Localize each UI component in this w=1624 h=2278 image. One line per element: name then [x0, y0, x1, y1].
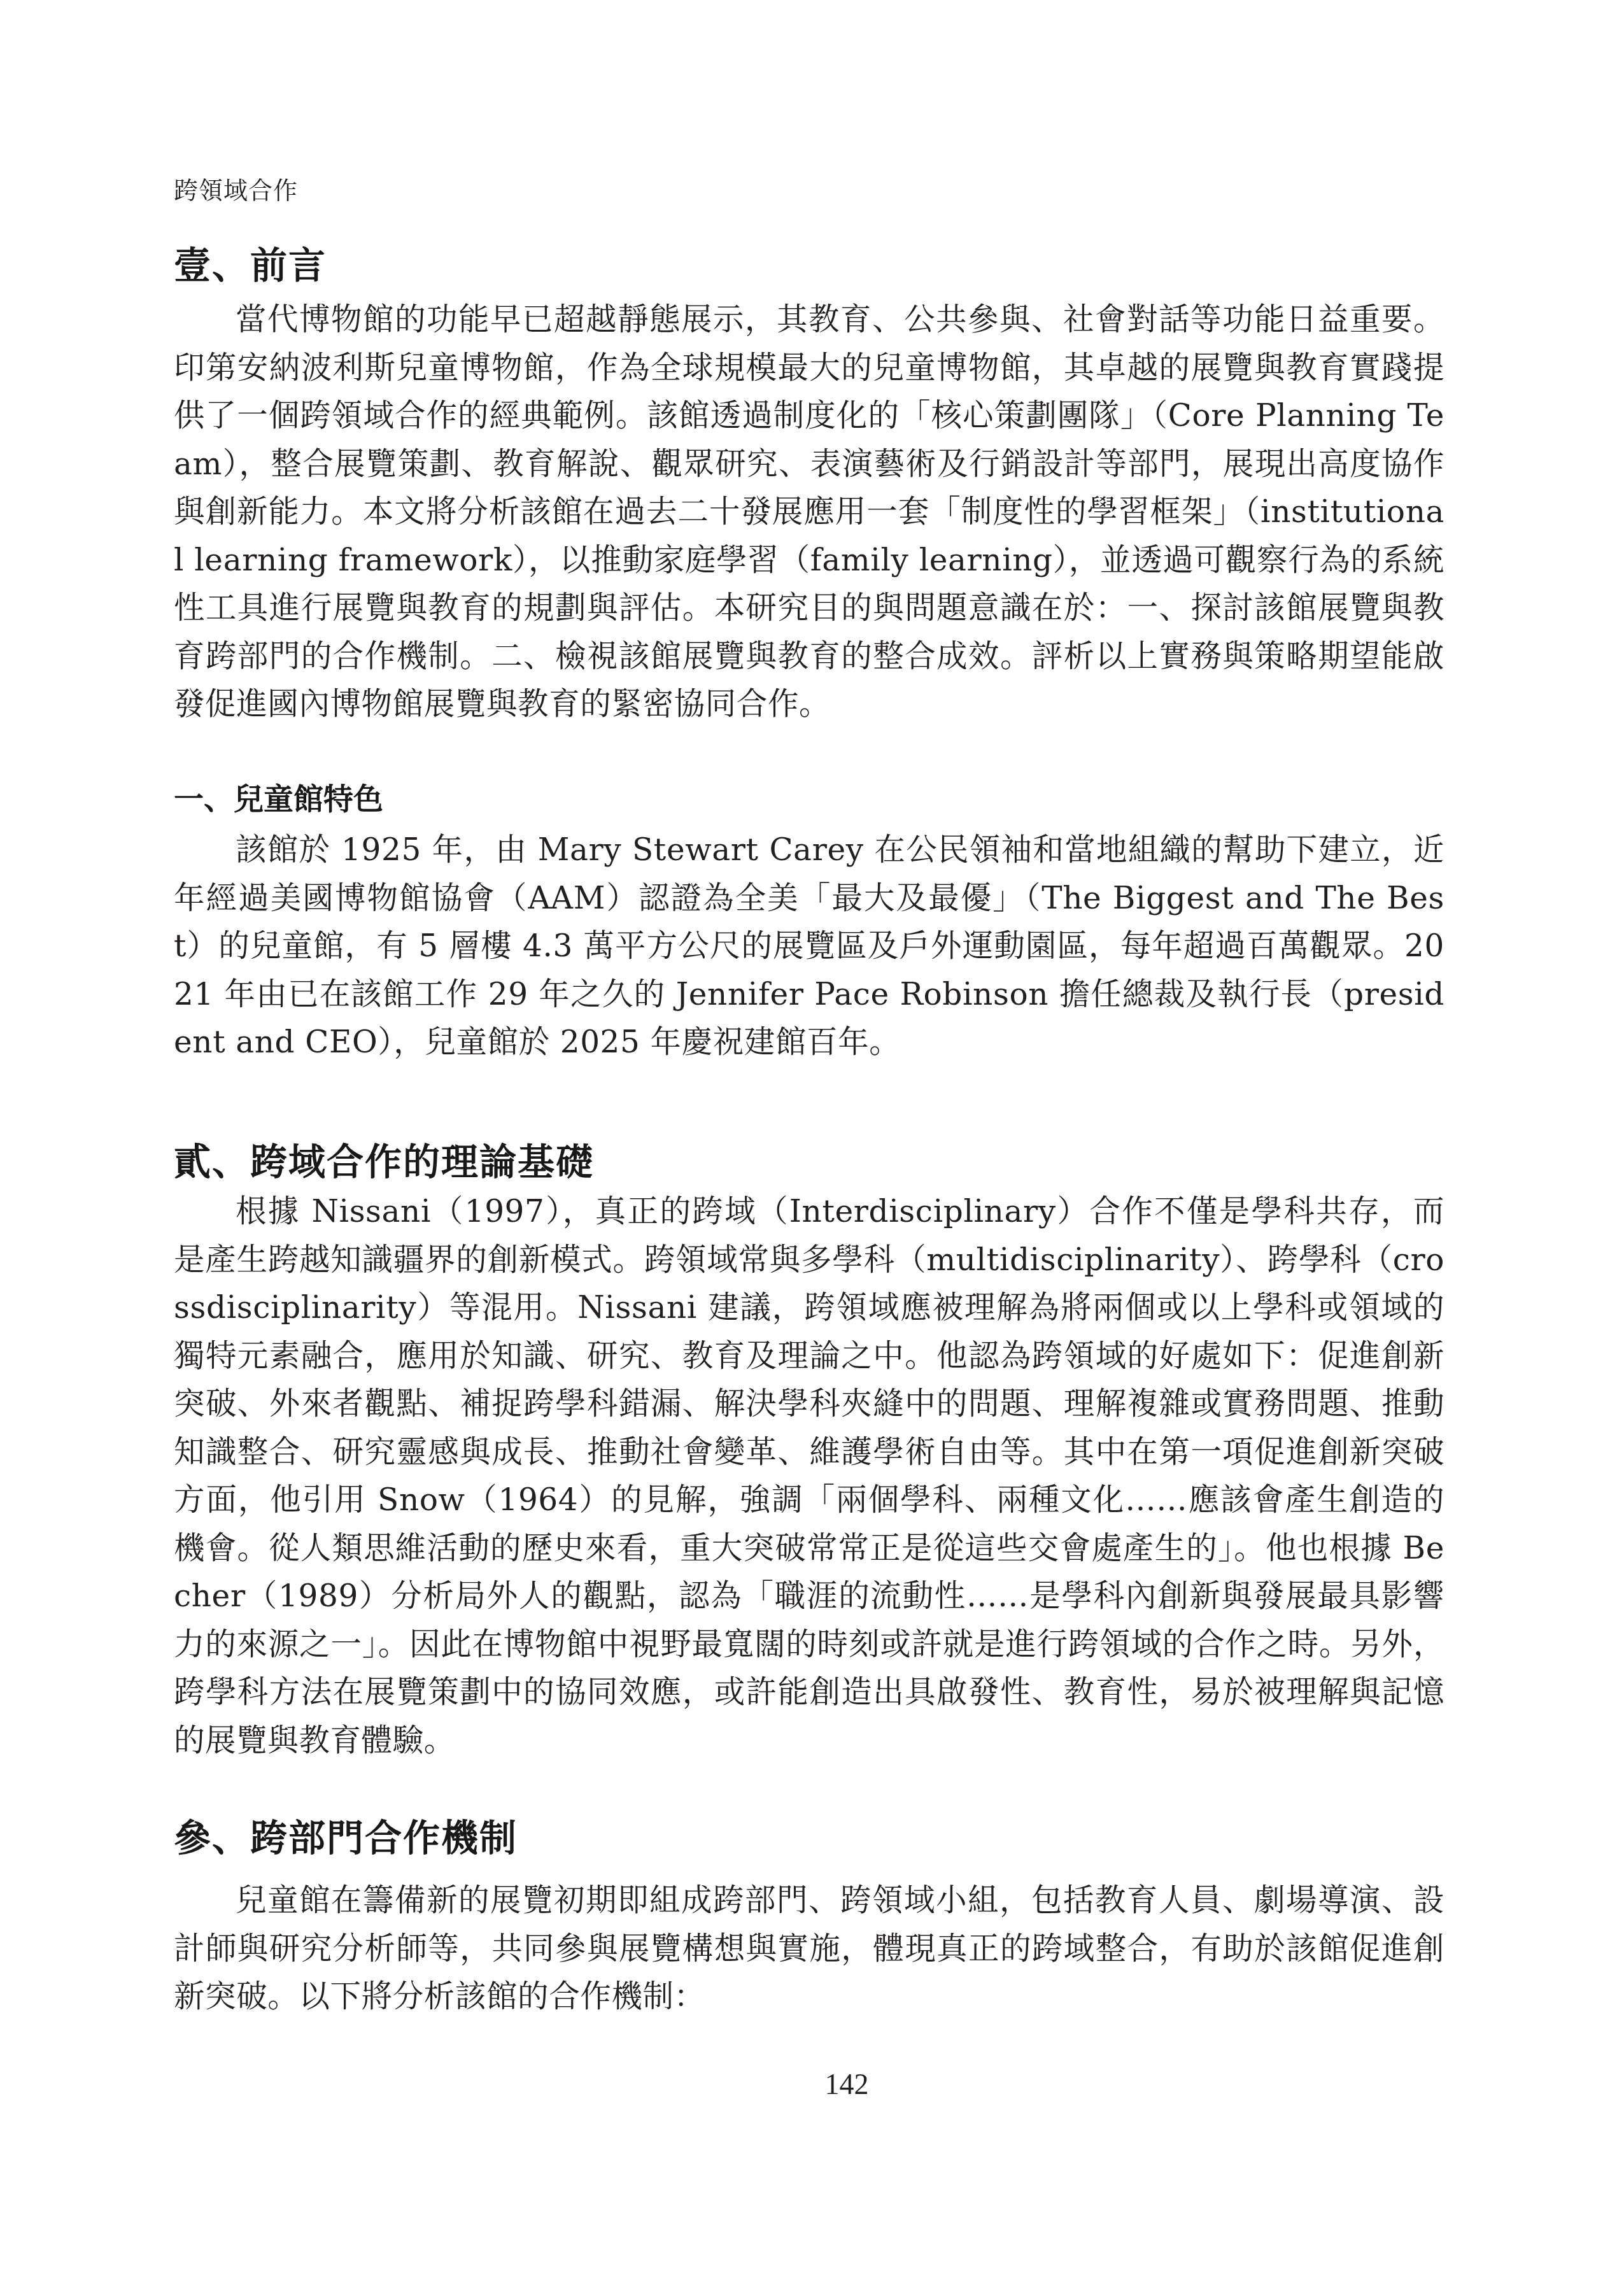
section-theory: 貳、跨域合作的理論基礎	[174, 1140, 1444, 1184]
section-theory-body: 根據 Nissani（1997），真正的跨域（Interdisciplinary…	[174, 1188, 1444, 1765]
subsection-title-museum-features: 一、兒童館特色	[174, 781, 1444, 819]
section-intro-body: 當代博物館的功能早已超越靜態展示，其教育、公共參與、社會對話等功能日益重要。印第…	[174, 296, 1444, 729]
section-mechanism: 參、跨部門合作機制	[174, 1816, 1444, 1860]
section-title-mechanism: 參、跨部門合作機制	[174, 1816, 1444, 1860]
subsection-museum-features-body: 該館於 1925 年，由 Mary Stewart Carey 在公民領袖和當地…	[174, 826, 1444, 1067]
paragraph-mechanism: 兒童館在籌備新的展覽初期即組成跨部門、跨領域小組，包括教育人員、劇場導演、設計師…	[174, 1877, 1444, 2021]
subsection-museum-features: 一、兒童館特色	[174, 781, 1444, 819]
page-number: 142	[783, 2067, 910, 2102]
section-title-intro: 壹、前言	[174, 243, 1444, 288]
section-mechanism-body: 兒童館在籌備新的展覽初期即組成跨部門、跨領域小組，包括教育人員、劇場導演、設計師…	[174, 1877, 1444, 2021]
section-intro: 壹、前言	[174, 243, 1444, 288]
paragraph-theory: 根據 Nissani（1997），真正的跨域（Interdisciplinary…	[174, 1188, 1444, 1765]
paragraph-intro: 當代博物館的功能早已超越靜態展示，其教育、公共參與、社會對話等功能日益重要。印第…	[174, 296, 1444, 729]
paragraph-museum-features: 該館於 1925 年，由 Mary Stewart Carey 在公民領袖和當地…	[174, 826, 1444, 1067]
document-page: 跨領域合作 壹、前言 當代博物館的功能早已超越靜態展示，其教育、公共參與、社會對…	[0, 0, 1624, 2278]
section-title-theory: 貳、跨域合作的理論基礎	[174, 1140, 1444, 1184]
running-header: 跨領域合作	[174, 174, 298, 206]
